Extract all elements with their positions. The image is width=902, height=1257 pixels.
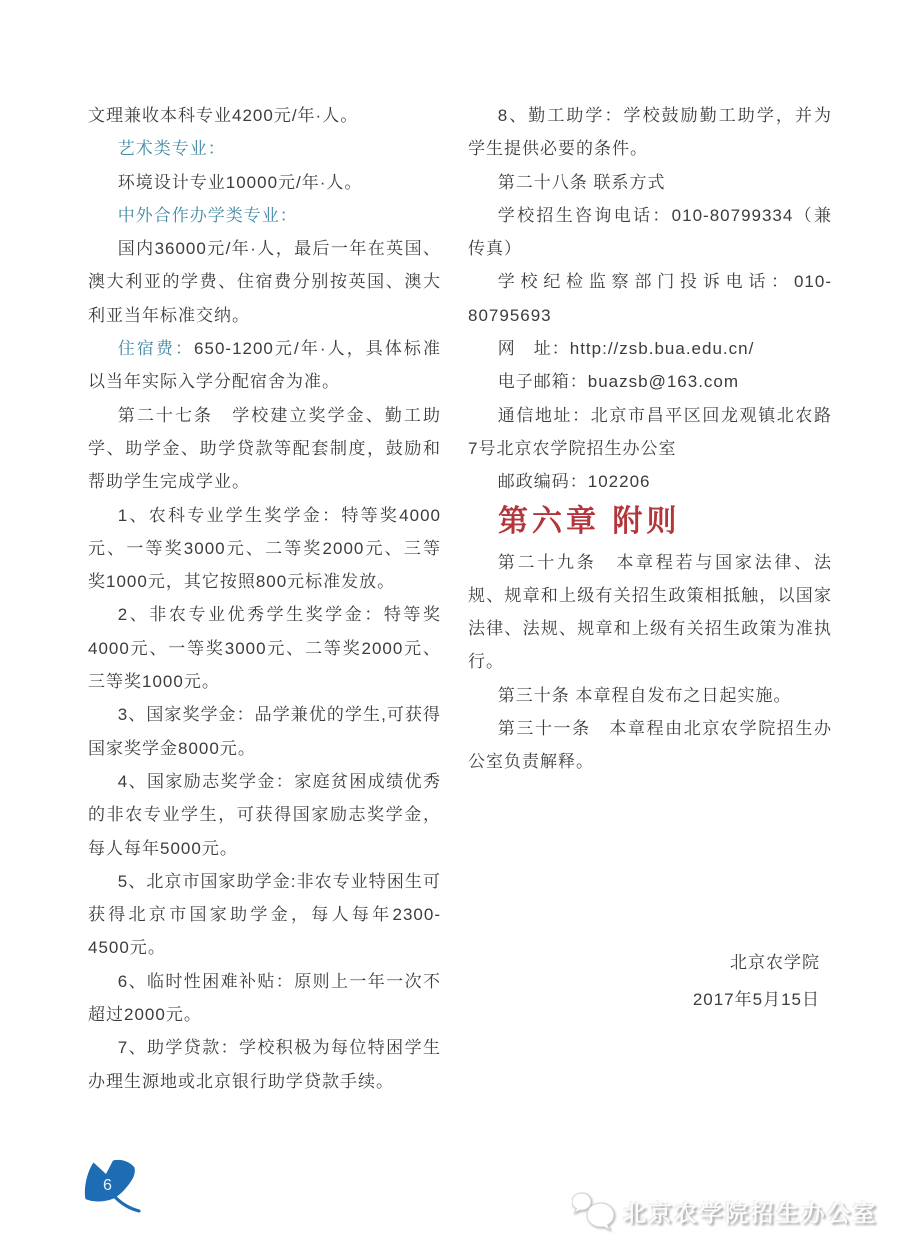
left-column: 文理兼收本科专业4200元/年·人。 艺术类专业： 环境设计专业10000元/年… — [88, 99, 441, 1098]
paragraph-article-29: 第二十九条 本章程若与国家法律、法规、规章和上级有关招生政策相抵触，以国家法律、… — [468, 546, 832, 679]
paragraph-text: 第三十条 本章程自发布之日起实施。 — [498, 686, 792, 705]
paragraph-article-28: 第二十八条 联系方式 — [468, 166, 832, 199]
paragraph-text: 第三十一条 本章程由北京农学院招生办公室负责解释。 — [468, 719, 832, 771]
paragraph-website: 网 址：http://zsb.bua.edu.cn/ — [468, 332, 832, 365]
paragraph-text: 第二十九条 本章程若与国家法律、法规、规章和上级有关招生政策相抵触，以国家法律、… — [468, 553, 832, 672]
ginkgo-leaf-icon: 6 — [82, 1158, 144, 1216]
paragraph-item-7: 7、助学贷款：学校积极为每位特困学生办理生源地或北京银行助学贷款手续。 — [88, 1031, 441, 1098]
paragraph-text: 2、非农专业优秀学生奖学金：特等奖4000元、一等奖3000元、二等奖2000元… — [88, 605, 441, 691]
paragraph-text: 通信地址：北京市昌平区回龙观镇北农路7号北京农学院招生办公室 — [468, 406, 832, 458]
subheading-label: 艺术类专业： — [118, 139, 226, 158]
paragraph-accommodation: 住宿费：650-1200元/年·人，具体标准以当年实际入学分配宿舍为准。 — [88, 332, 441, 399]
paragraph-text: 7、助学贷款：学校积极为每位特困学生办理生源地或北京银行助学贷款手续。 — [88, 1038, 441, 1090]
paragraph-article-31: 第三十一条 本章程由北京农学院招生办公室负责解释。 — [468, 712, 832, 779]
watermark-text: 北京农学院招生办公室 — [623, 1195, 878, 1228]
footer-watermark: 北京农学院招生办公室 — [572, 1191, 878, 1231]
paragraph-text: 学校纪检监察部门投诉电话：010-80795693 — [468, 272, 832, 324]
paragraph-text: 4、国家励志奖学金：家庭贫困成绩优秀的非农专业学生，可获得国家励志奖学金，每人每… — [88, 772, 441, 858]
paragraph-text: 电子邮箱：buazsb@163.com — [498, 372, 739, 391]
paragraph-article-27: 第二十七条 学校建立奖学金、勤工助学、助学金、助学贷款等配套制度，鼓励和帮助学生… — [88, 399, 441, 499]
paragraph-item-2: 2、非农专业优秀学生奖学金：特等奖4000元、一等奖3000元、二等奖2000元… — [88, 598, 441, 698]
signature-date: 2017年5月15日 — [468, 981, 820, 1018]
paragraph: 文理兼收本科专业4200元/年·人。 — [88, 99, 441, 132]
paragraph-text: 环境设计专业10000元/年·人。 — [118, 173, 363, 192]
subheading-art: 艺术类专业： — [88, 132, 441, 165]
paragraph-item-4: 4、国家励志奖学金：家庭贫困成绩优秀的非农专业学生，可获得国家励志奖学金，每人每… — [88, 765, 441, 865]
paragraph-text: 网 址：http://zsb.bua.edu.cn/ — [498, 339, 755, 358]
paragraph-text: 邮政编码：102206 — [498, 472, 651, 491]
subheading-label: 住宿费： — [118, 339, 194, 358]
page-number: 6 — [103, 1177, 112, 1194]
paragraph-text: 第二十八条 联系方式 — [498, 173, 666, 192]
document-page: 文理兼收本科专业4200元/年·人。 艺术类专业： 环境设计专业10000元/年… — [0, 0, 902, 1257]
subheading-label: 中外合作办学类专业： — [118, 206, 298, 225]
paragraph-text: 6、临时性困难补贴：原则上一年一次不超过2000元。 — [88, 972, 441, 1024]
paragraph-text: 3、国家奖学金：品学兼优的学生,可获得国家奖学金8000元。 — [88, 705, 441, 757]
paragraph-article-30: 第三十条 本章程自发布之日起实施。 — [468, 679, 832, 712]
paragraph: 环境设计专业10000元/年·人。 — [88, 166, 441, 199]
signature-block: 北京农学院 2017年5月15日 — [468, 944, 832, 1018]
wechat-icon — [572, 1191, 616, 1231]
paragraph: 国内36000元/年·人，最后一年在英国、澳大利亚的学费、住宿费分别按英国、澳大… — [88, 232, 441, 332]
paragraph-item-8: 8、勤工助学：学校鼓励勤工助学，并为学生提供必要的条件。 — [468, 99, 832, 166]
paragraph-zipcode: 邮政编码：102206 — [468, 465, 832, 498]
paragraph-item-1: 1、农科专业学生奖学金：特等奖4000元、一等奖3000元、二等奖2000元、三… — [88, 499, 441, 599]
paragraph-text: 国内36000元/年·人，最后一年在英国、澳大利亚的学费、住宿费分别按英国、澳大… — [88, 239, 441, 325]
paragraph-item-3: 3、国家奖学金：品学兼优的学生,可获得国家奖学金8000元。 — [88, 698, 441, 765]
paragraph-text: 文理兼收本科专业4200元/年·人。 — [88, 106, 358, 125]
paragraph-text: 5、北京市国家助学金:非农专业特困生可获得北京市国家助学金，每人每年2300-4… — [88, 872, 441, 958]
right-column: 8、勤工助学：学校鼓励勤工助学，并为学生提供必要的条件。 第二十八条 联系方式 … — [468, 99, 832, 1018]
paragraph-email: 电子邮箱：buazsb@163.com — [468, 365, 832, 398]
paragraph-postal-address: 通信地址：北京市昌平区回龙观镇北农路7号北京农学院招生办公室 — [468, 399, 832, 466]
paragraph-text: 8、勤工助学：学校鼓励勤工助学，并为学生提供必要的条件。 — [468, 106, 832, 158]
chapter-heading: 第六章 附则 — [468, 502, 832, 542]
paragraph-text: 学校招生咨询电话：010-80799334（兼传真） — [468, 206, 832, 258]
paragraph-text: 第二十七条 学校建立奖学金、勤工助学、助学金、助学贷款等配套制度，鼓励和帮助学生… — [88, 406, 441, 492]
paragraph-item-5: 5、北京市国家助学金:非农专业特困生可获得北京市国家助学金，每人每年2300-4… — [88, 865, 441, 965]
page-number-badge: 6 — [82, 1158, 144, 1216]
paragraph-text: 1、农科专业学生奖学金：特等奖4000元、一等奖3000元、二等奖2000元、三… — [88, 506, 441, 592]
paragraph-item-6: 6、临时性困难补贴：原则上一年一次不超过2000元。 — [88, 965, 441, 1032]
paragraph-complaint-phone: 学校纪检监察部门投诉电话：010-80795693 — [468, 265, 832, 332]
subheading-sino-foreign: 中外合作办学类专业： — [88, 199, 441, 232]
signature-org: 北京农学院 — [468, 944, 820, 981]
paragraph-admission-phone: 学校招生咨询电话：010-80799334（兼传真） — [468, 199, 832, 266]
